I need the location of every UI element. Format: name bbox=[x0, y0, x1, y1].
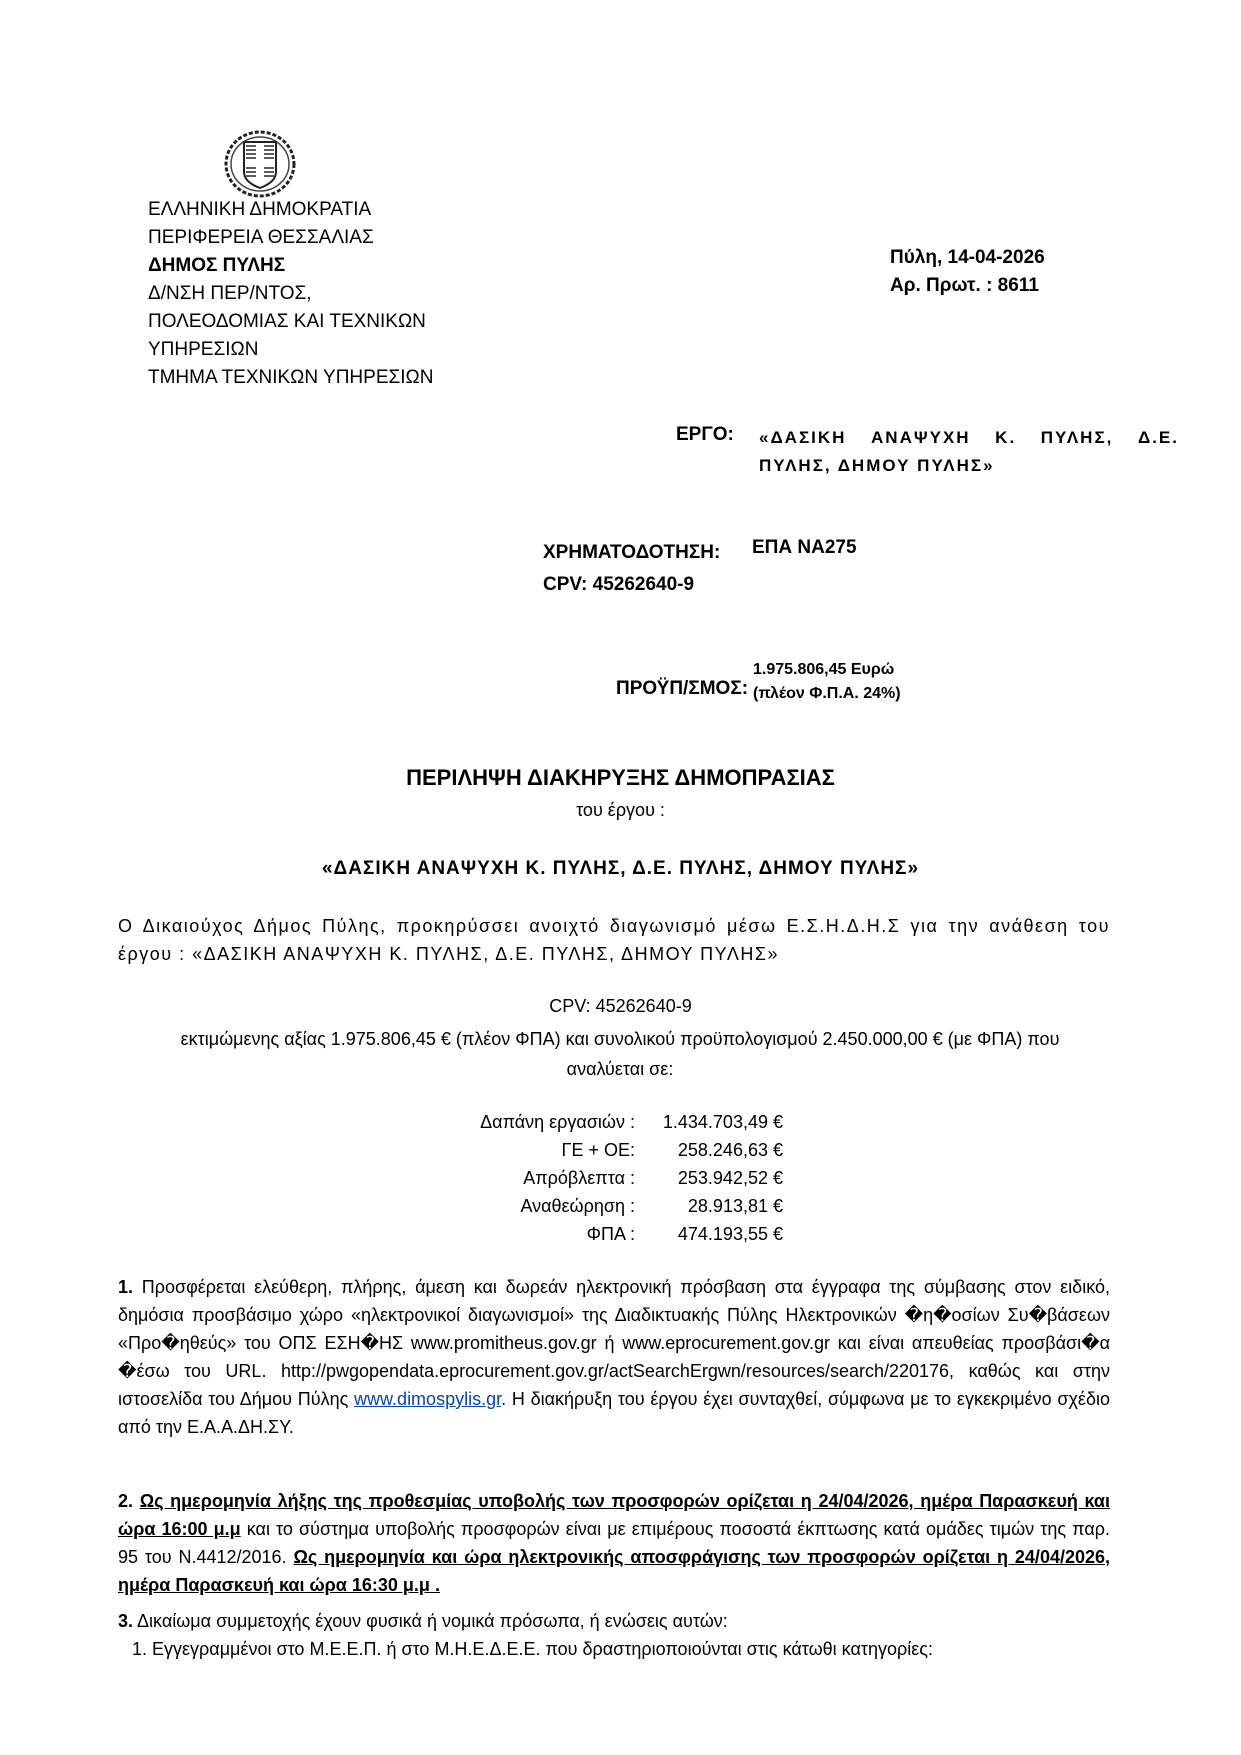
cpv-centered: CPV: 45262640-9 bbox=[0, 996, 1241, 1017]
breakdown-row: Απρόβλεπτα : 253.942,52 € bbox=[380, 1164, 783, 1192]
breakdown-row: Αναθεώρηση : 28.913,81 € bbox=[380, 1192, 783, 1220]
breakdown-label: Απρόβλεπτα : bbox=[380, 1164, 635, 1192]
paragraph-3: 3. Δικαίωμα συμμετοχής έχουν φυσικά ή νο… bbox=[118, 1607, 1110, 1663]
breakdown-row: Δαπάνη εργασιών : 1.434.703,49 € bbox=[380, 1108, 783, 1136]
budget-label: ΠΡΟΫΠ/ΣΜΟΣ: bbox=[616, 678, 748, 700]
document-subtitle: του έργου : bbox=[0, 800, 1241, 821]
budget-value: 1.975.806,45 Ευρώ (πλέον Φ.Π.Α. 24%) bbox=[753, 658, 901, 706]
org-line: ΥΠΗΡΕΣΙΩΝ bbox=[148, 336, 433, 364]
org-line: ΕΛΛΗΝΙΚΗ ΔΗΜΟΚΡΑΤΙΑ bbox=[148, 196, 433, 224]
funding-block: ΧΡΗΜΑΤΟΔΟΤΗΣΗ: CPV: 45262640-9 bbox=[543, 537, 720, 601]
org-line-municipality: ΔΗΜΟΣ ΠΥΛΗΣ bbox=[148, 252, 433, 280]
list-item: 1. Εγγεγραμμένοι στο Μ.Ε.Ε.Π. ή στο Μ.Η.… bbox=[118, 1635, 1110, 1663]
breakdown-value: 474.193,55 € bbox=[635, 1220, 783, 1248]
ergo-label: ΕΡΓΟ: bbox=[676, 424, 734, 446]
breakdown-value: 28.913,81 € bbox=[635, 1192, 783, 1220]
budget-amount: 1.975.806,45 Ευρώ bbox=[753, 658, 901, 682]
municipality-website-link[interactable]: www.dimospylis.gr bbox=[354, 1389, 501, 1409]
estimated-value: εκτιμώμενης αξίας 1.975.806,45 € (πλέον … bbox=[140, 1024, 1100, 1084]
breakdown-label: ΦΠΑ : bbox=[380, 1220, 635, 1248]
breakdown-row: ΓΕ + ΟΕ: 258.246,63 € bbox=[380, 1136, 783, 1164]
paragraph-2: 2. Ως ημερομηνία λήξης της προθεσμίας υπ… bbox=[118, 1487, 1110, 1599]
project-name: «ΔΑΣΙΚΗ ΑΝΑΨΥΧΗ Κ. ΠΥΛΗΣ, Δ.Ε. ΠΥΛΗΣ, ΔΗ… bbox=[0, 858, 1241, 880]
place-date: Πύλη, 14-04-2026 bbox=[890, 244, 1045, 272]
paragraph-number: 1. bbox=[118, 1277, 133, 1297]
paragraph-number: 3. bbox=[118, 1611, 133, 1631]
ergo-word: Δ.Ε. bbox=[1138, 424, 1179, 452]
ergo-word: «ΔΑΣΙΚΗ bbox=[759, 424, 846, 452]
date-protocol-block: Πύλη, 14-04-2026 Αρ. Πρωτ. : 8611 bbox=[890, 244, 1045, 300]
breakdown-value: 253.942,52 € bbox=[635, 1164, 783, 1192]
paragraph-text: Δικαίωμα συμμετοχής έχουν φυσικά ή νομικ… bbox=[133, 1611, 728, 1631]
paragraph-1: 1. Προσφέρεται ελεύθερη, πλήρης, άμεση κ… bbox=[118, 1273, 1110, 1441]
organization-header: ΕΛΛΗΝΙΚΗ ΔΗΜΟΚΡΑΤΙΑ ΠΕΡΙΦΕΡΕΙΑ ΘΕΣΣΑΛΙΑΣ… bbox=[148, 196, 433, 392]
ergo-word: Κ. bbox=[995, 424, 1016, 452]
ergo-line2: ΠΥΛΗΣ, ΔΗΜΟΥ ΠΥΛΗΣ» bbox=[759, 452, 1179, 480]
breakdown-label: Δαπάνη εργασιών : bbox=[380, 1108, 635, 1136]
budget-vat-note: (πλέον Φ.Π.Α. 24%) bbox=[753, 682, 901, 706]
breakdown-value: 258.246,63 € bbox=[635, 1136, 783, 1164]
breakdown-value: 1.434.703,49 € bbox=[635, 1108, 783, 1136]
paragraph-number: 2. bbox=[118, 1491, 133, 1511]
cpv-code: CPV: 45262640-9 bbox=[543, 569, 720, 601]
breakdown-label: ΓΕ + ΟΕ: bbox=[380, 1136, 635, 1164]
ergo-word: ΑΝΑΨΥΧΗ bbox=[871, 424, 971, 452]
org-line: ΠΟΛΕΟΔΟΜΙΑΣ ΚΑΙ ΤΕΧΝΙΚΩΝ bbox=[148, 308, 433, 336]
protocol-number: Αρ. Πρωτ. : 8611 bbox=[890, 272, 1045, 300]
intro-paragraph: Ο Δικαιούχος Δήμος Πύλης, προκηρύσσει αν… bbox=[118, 912, 1110, 968]
ergo-value: «ΔΑΣΙΚΗ ΑΝΑΨΥΧΗ Κ. ΠΥΛΗΣ, Δ.Ε. ΠΥΛΗΣ, ΔΗ… bbox=[759, 424, 1179, 480]
cost-breakdown: Δαπάνη εργασιών : 1.434.703,49 € ΓΕ + ΟΕ… bbox=[380, 1108, 783, 1248]
breakdown-label: Αναθεώρηση : bbox=[380, 1192, 635, 1220]
org-line: Δ/ΝΣΗ ΠΕΡ/ΝΤΟΣ, bbox=[148, 280, 433, 308]
ergo-word: ΠΥΛΗΣ, bbox=[1041, 424, 1114, 452]
org-line: ΤΜΗΜΑ ΤΕΧΝΙΚΩΝ ΥΠΗΡΕΣΙΩΝ bbox=[148, 364, 433, 392]
document-title: ΠΕΡΙΛΗΨΗ ΔΙΑΚΗΡΥΞΗΣ ΔΗΜΟΠΡΑΣΙΑΣ bbox=[0, 765, 1241, 791]
funding-label: ΧΡΗΜΑΤΟΔΟΤΗΣΗ: bbox=[543, 537, 720, 569]
org-line: ΠΕΡΙΦΕΡΕΙΑ ΘΕΣΣΑΛΙΑΣ bbox=[148, 224, 433, 252]
greek-coat-of-arms-icon bbox=[222, 128, 298, 200]
breakdown-row: ΦΠΑ : 474.193,55 € bbox=[380, 1220, 783, 1248]
funding-value: ΕΠΑ ΝΑ275 bbox=[752, 537, 857, 559]
